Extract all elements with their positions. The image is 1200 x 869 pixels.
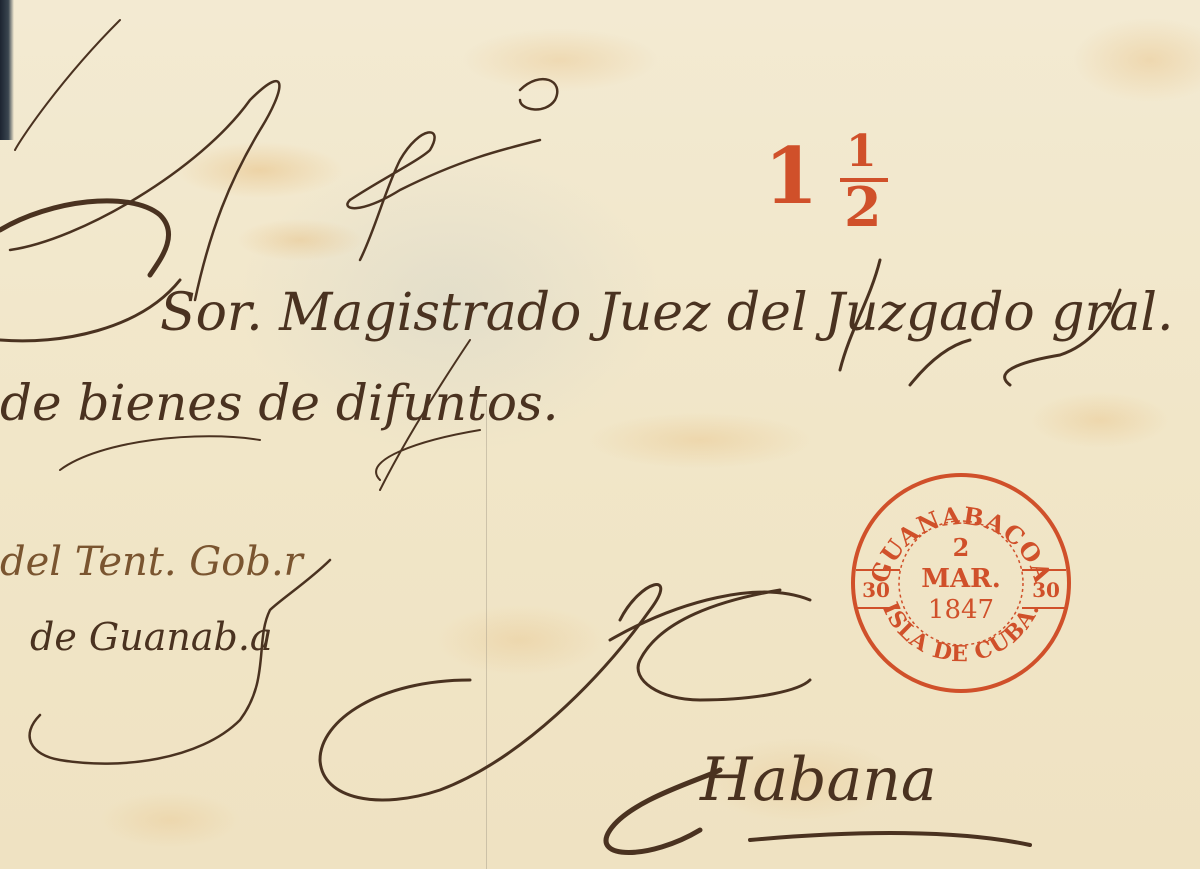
- sender-line-2: de Guanab.a: [30, 615, 273, 659]
- postmark-day: 2: [953, 533, 970, 562]
- destination-h-flourish: [320, 585, 661, 800]
- postmark-right-number: 30: [1032, 578, 1060, 602]
- postmark-year: 1847: [928, 595, 994, 625]
- postmark-month: MAR.: [921, 564, 1001, 594]
- rate-denominator: 2: [844, 180, 882, 234]
- letter-cover: Sor. Magistrado Juez del Juzgado gral. d…: [0, 0, 1200, 869]
- address-line-1: Sor. Magistrado Juez del Juzgado gral.: [160, 283, 1174, 343]
- guanabacoa-postmark: GUANABACOA ISLA DE CUBA. 30 30 2 MAR. 18…: [848, 470, 1074, 696]
- salutation-s-flourish: [15, 20, 120, 150]
- destination-underline: [750, 833, 1030, 845]
- rate-numerator: 1: [846, 130, 877, 174]
- postmark-left-number: 30: [862, 578, 890, 602]
- handwriting-strokes: Sor. Magistrado Juez del Juzgado gral. d…: [0, 0, 1200, 869]
- destination-city: Habana: [699, 745, 937, 815]
- sender-line-1: del Tent. Gob.r: [0, 539, 306, 585]
- address-line-2: de bienes de difuntos.: [0, 374, 559, 432]
- rate-whole: 1: [764, 138, 818, 216]
- salutation-d-flourish: [350, 132, 435, 260]
